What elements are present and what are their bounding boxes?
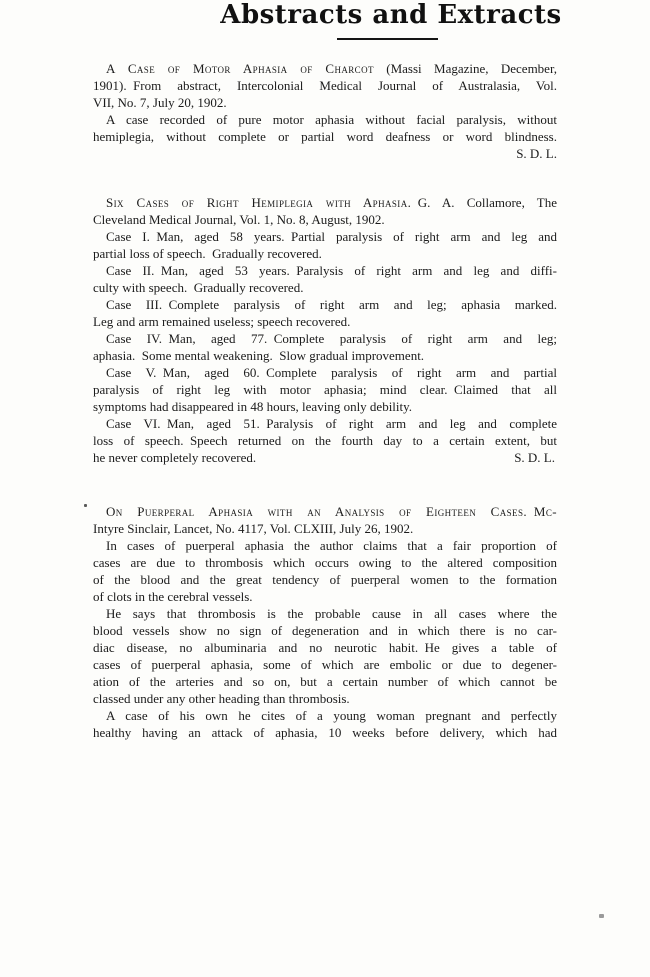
line-text: classed under any other heading than thr…: [93, 691, 350, 706]
text-line: Case III. Complete paralysis of right ar…: [93, 296, 557, 313]
paragraph: Case V. Man, aged 60. Complete paralysis…: [93, 364, 557, 415]
scan-artifact: [84, 504, 87, 507]
abstracts-text-block: A Case of Motor Aphasia of Charcot (Mass…: [93, 60, 557, 741]
line-text: loss of speech. Speech returned on the f…: [93, 433, 557, 448]
line-text: culty with speech. Gradually recovered.: [93, 280, 303, 295]
line-text: Cleveland Medical Journal, Vol. 1, No. 8…: [93, 212, 385, 227]
text-line: VII, No. 7, July 20, 1902.: [93, 94, 557, 111]
line-text: diac disease, no albuminaria and no neur…: [93, 640, 557, 655]
line-text: symptoms had disappeared in 48 hours, le…: [93, 399, 412, 414]
abstract-section: A Case of Motor Aphasia of Charcot (Mass…: [93, 60, 557, 162]
paragraph: Case I. Man, aged 58 years. Partial para…: [93, 228, 557, 262]
line-text: Case I. Man, aged 58 years. Partial para…: [106, 229, 557, 244]
line-text: cases are due to thrombosis which occurs…: [93, 555, 557, 570]
text-line: culty with speech. Gradually recovered.: [93, 279, 557, 296]
page-title: Abstracts and Extracts: [220, 0, 561, 30]
text-line: Case IV. Man, aged 77. Complete paralysi…: [93, 330, 557, 347]
heading-smallcaps-text: A Case of Motor Aphasia of Charcot: [106, 61, 374, 76]
line-text: Case II. Man, aged 53 years. Paralysis o…: [106, 263, 557, 278]
text-line: he never completely recovered.S. D. L.: [93, 449, 557, 466]
line-text: partial loss of speech. Gradually recove…: [93, 246, 322, 261]
text-line: Case VI. Man, aged 51. Paralysis of righ…: [93, 415, 557, 432]
text-line: In cases of puerperal aphasia the author…: [93, 537, 557, 554]
paragraph: On Puerperal Aphasia with an Analysis of…: [93, 503, 557, 537]
heading-smallcaps-text: Six Cases of Right Hemiplegia with Aphas…: [106, 195, 411, 210]
text-line: diac disease, no albuminaria and no neur…: [93, 639, 557, 656]
text-line: cases are due to thrombosis which occurs…: [93, 554, 557, 571]
line-text: He says that thrombosis is the probable …: [106, 606, 557, 621]
text-line: classed under any other heading than thr…: [93, 690, 557, 707]
text-line: A case recorded of pure motor aphasia wi…: [93, 111, 557, 128]
text-line: A Case of Motor Aphasia of Charcot (Mass…: [93, 60, 557, 77]
line-text: S. D. L.: [516, 146, 557, 161]
line-text: A case recorded of pure motor aphasia wi…: [106, 112, 557, 127]
text-line: hemiplegia, without complete or partial …: [93, 128, 557, 145]
line-text: VII, No. 7, July 20, 1902.: [93, 95, 227, 110]
text-line: paralysis of right leg with motor aphasi…: [93, 381, 557, 398]
abstract-section: On Puerperal Aphasia with an Analysis of…: [93, 503, 557, 741]
text-line: He says that thrombosis is the probable …: [93, 605, 557, 622]
paragraph: In cases of puerperal aphasia the author…: [93, 537, 557, 605]
paragraph: Case VI. Man, aged 51. Paralysis of righ…: [93, 415, 557, 466]
line-text: (Massi Magazine, December,: [374, 61, 557, 76]
title-rule: [337, 38, 438, 40]
line-text: Case VI. Man, aged 51. Paralysis of righ…: [106, 416, 557, 431]
text-line: Six Cases of Right Hemiplegia with Aphas…: [93, 194, 557, 211]
abstract-section: Six Cases of Right Hemiplegia with Aphas…: [93, 194, 557, 466]
line-text: Case III. Complete paralysis of right ar…: [106, 297, 557, 312]
text-line: A case of his own he cites of a young wo…: [93, 707, 557, 724]
text-line: Case II. Man, aged 53 years. Paralysis o…: [93, 262, 557, 279]
line-text: aphasia. Some mental weakening. Slow gra…: [93, 348, 424, 363]
text-line: On Puerperal Aphasia with an Analysis of…: [93, 503, 557, 520]
line-text: In cases of puerperal aphasia the author…: [106, 538, 557, 553]
signature: S. D. L.: [514, 449, 555, 466]
text-line: Case V. Man, aged 60. Complete paralysis…: [93, 364, 557, 381]
line-text: he never completely recovered.: [93, 450, 256, 465]
text-line: healthy having an attack of aphasia, 10 …: [93, 724, 557, 741]
text-line: of the blood and the great tendency of p…: [93, 571, 557, 588]
text-line: partial loss of speech. Gradually recove…: [93, 245, 557, 262]
document-page: Abstracts and Extracts A Case of Motor A…: [0, 0, 650, 977]
line-text: Leg and arm remained useless; speech rec…: [93, 314, 350, 329]
text-line: Leg and arm remained useless; speech rec…: [93, 313, 557, 330]
line-text: of the blood and the great tendency of p…: [93, 572, 557, 587]
paragraph: Case III. Complete paralysis of right ar…: [93, 296, 557, 330]
text-line: cases of puerperal aphasia, some of whic…: [93, 656, 557, 673]
line-text: hemiplegia, without complete or partial …: [93, 129, 557, 144]
text-line: S. D. L.: [93, 145, 557, 162]
line-text: healthy having an attack of aphasia, 10 …: [93, 725, 557, 740]
text-line: of clots in the cerebral vessels.: [93, 588, 557, 605]
text-line: blood vessels show no sign of degenerati…: [93, 622, 557, 639]
line-text: Case IV. Man, aged 77. Complete paralysi…: [106, 331, 557, 346]
paragraph: Case II. Man, aged 53 years. Paralysis o…: [93, 262, 557, 296]
text-line: Intyre Sinclair, Lancet, No. 4117, Vol. …: [93, 520, 557, 537]
heading-smallcaps-text: On Puerperal Aphasia with an Analysis of…: [106, 504, 557, 519]
line-text: Intyre Sinclair, Lancet, No. 4117, Vol. …: [93, 521, 413, 536]
scan-artifact: [599, 914, 604, 918]
line-text: of clots in the cerebral vessels.: [93, 589, 253, 604]
text-line: ation of the arteries and so on, but a c…: [93, 673, 557, 690]
line-text: A case of his own he cites of a young wo…: [106, 708, 557, 723]
line-text: G. A. Collamore, The: [411, 195, 557, 210]
text-line: 1901). From abstract, Intercolonial Medi…: [93, 77, 557, 94]
paragraph: Six Cases of Right Hemiplegia with Aphas…: [93, 194, 557, 228]
paragraph: Case IV. Man, aged 77. Complete paralysi…: [93, 330, 557, 364]
paragraph: He says that thrombosis is the probable …: [93, 605, 557, 707]
line-text: 1901). From abstract, Intercolonial Medi…: [93, 78, 557, 93]
paragraph: A case of his own he cites of a young wo…: [93, 707, 557, 741]
text-line: Case I. Man, aged 58 years. Partial para…: [93, 228, 557, 245]
paragraph: A case recorded of pure motor aphasia wi…: [93, 111, 557, 162]
text-line: aphasia. Some mental weakening. Slow gra…: [93, 347, 557, 364]
line-text: Case V. Man, aged 60. Complete paralysis…: [106, 365, 557, 380]
text-line: loss of speech. Speech returned on the f…: [93, 432, 557, 449]
line-text: ation of the arteries and so on, but a c…: [93, 674, 557, 689]
line-text: cases of puerperal aphasia, some of whic…: [93, 657, 557, 672]
paragraph: A Case of Motor Aphasia of Charcot (Mass…: [93, 60, 557, 111]
line-text: blood vessels show no sign of degenerati…: [93, 623, 557, 638]
line-text: paralysis of right leg with motor aphasi…: [93, 382, 557, 397]
text-line: symptoms had disappeared in 48 hours, le…: [93, 398, 557, 415]
text-line: Cleveland Medical Journal, Vol. 1, No. 8…: [93, 211, 557, 228]
